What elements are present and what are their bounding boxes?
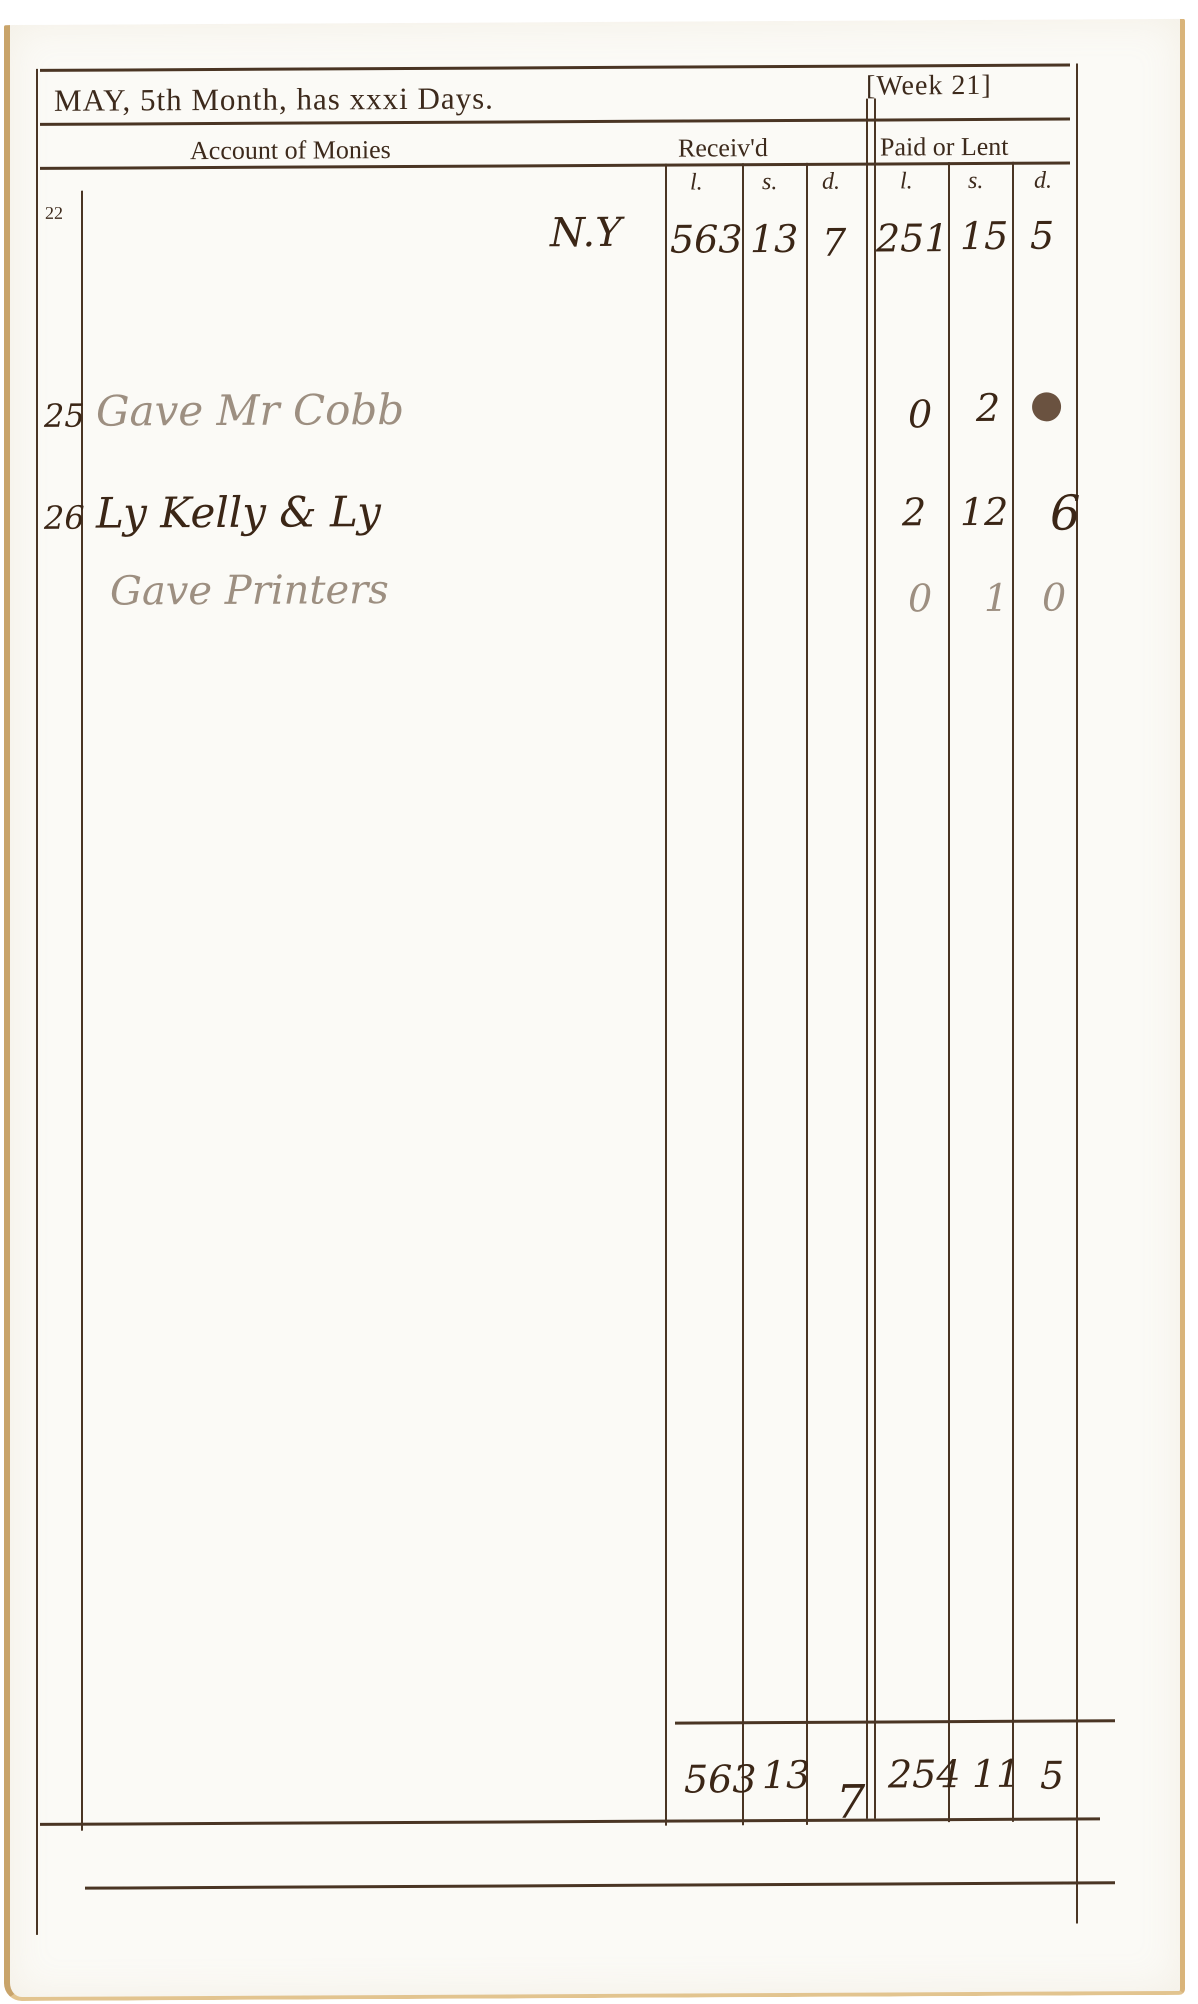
entry-description: Gave Printers (110, 567, 389, 614)
paid-or-lent-header: Paid or Lent (880, 132, 1009, 163)
entry-description: N.Y (550, 210, 622, 256)
account-of-monies-header: Account of Monies (190, 135, 391, 166)
entry-description: Gave Mr Cobb (96, 385, 404, 436)
paid-shillings: 15 (960, 214, 1008, 258)
paid-pence: ● (1030, 382, 1063, 426)
entry-day: 26 (44, 499, 85, 537)
received-pounds-unit: l. (690, 169, 703, 196)
paid-s-rule (948, 162, 950, 1822)
right-border (1076, 63, 1078, 1923)
received-pounds: 563 (670, 217, 743, 261)
received-pence: 7 (822, 221, 846, 265)
received-shillings-unit: s. (762, 169, 777, 196)
total-received-pounds: 563 (684, 1757, 757, 1801)
paid-d-rule (1012, 162, 1014, 1822)
paid-pounds-unit: l. (900, 168, 913, 195)
paid-pounds: 0 (908, 392, 932, 436)
paid-shillings: 2 (976, 386, 1000, 430)
paid-double-rule-a (866, 99, 868, 1819)
paid-pence-unit: d. (1034, 168, 1052, 195)
date-col-rule (81, 191, 83, 1831)
paid-double-rule-b (874, 99, 876, 1819)
paid-pence: 6 (1050, 485, 1081, 541)
paid-pounds: 251 (876, 216, 949, 260)
paid-pence: 0 (1042, 576, 1066, 620)
received-l-rule (665, 164, 667, 1826)
ledger-page: MAY, 5th Month, has xxxi Days. [Week 21]… (4, 19, 1185, 2001)
entry-day: 25 (44, 397, 85, 435)
entry-description: Ly Kelly & Ly (96, 487, 381, 537)
month-title: MAY, 5th Month, has xxxi Days. (54, 81, 494, 119)
start-day-number: 22 (45, 203, 63, 224)
received-header: Receiv'd (678, 133, 768, 163)
paid-pounds: 2 (902, 490, 926, 534)
title-rule (40, 118, 1070, 126)
paid-pence: 5 (1030, 214, 1054, 258)
paid-shillings-unit: s. (968, 168, 983, 195)
left-border (36, 69, 38, 1935)
total-paid-pence: 5 (1040, 1754, 1064, 1798)
received-d-rule (806, 163, 808, 1825)
totals-top-rule (675, 1719, 1115, 1724)
week-label: [Week 21] (866, 70, 992, 103)
page-bottom-rule (85, 1881, 1115, 1889)
paid-shillings: 12 (960, 490, 1008, 534)
paid-pounds: 0 (908, 576, 932, 620)
received-pence-unit: d. (822, 169, 840, 196)
totals-bottom-rule (40, 1817, 1100, 1826)
total-paid-shillings: 11 (972, 1752, 1020, 1796)
total-paid-pounds: 254 (888, 1752, 961, 1796)
total-received-shillings: 13 (762, 1753, 810, 1797)
paid-shillings: 1 (984, 576, 1008, 620)
received-shillings: 13 (750, 217, 798, 261)
received-s-rule (742, 163, 744, 1825)
total-received-pence: 7 (836, 1775, 865, 1829)
